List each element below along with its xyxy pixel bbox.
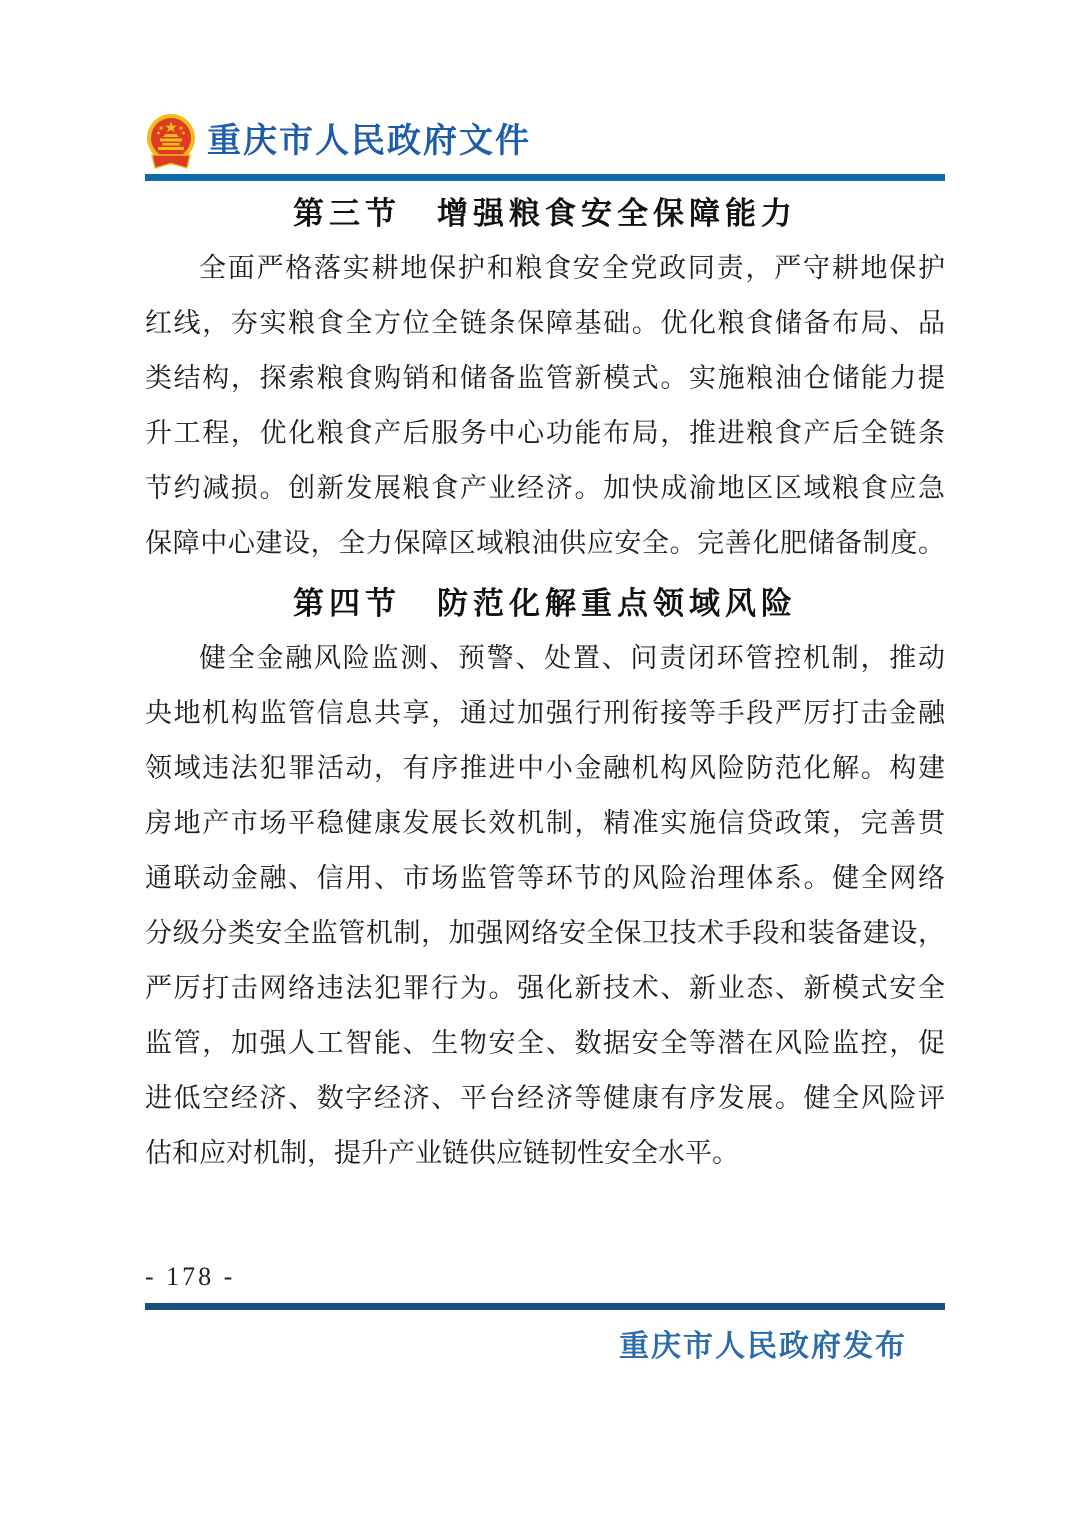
section-4-heading: 第四节 防范化解重点领域风险 bbox=[145, 583, 945, 625]
text-line: 类结构，探索粮食购销和储备监管新模式。实施粮油仓储能力提 bbox=[145, 351, 945, 406]
section-4-paragraph: 健全金融风险监测、预警、处置、问责闭环管控机制，推动央地机构监管信息共享，通过加… bbox=[145, 631, 945, 1181]
footer-rule bbox=[145, 1303, 945, 1310]
document-header: 重庆市人民政府文件 bbox=[145, 113, 945, 171]
text-line: 估和应对机制，提升产业链供应链韧性安全水平。 bbox=[145, 1126, 945, 1181]
text-line: 央地机构监管信息共享，通过加强行刑衔接等手段严厉打击金融 bbox=[145, 686, 945, 741]
publisher-label: 重庆市人民政府发布 bbox=[145, 1328, 945, 1366]
document-title: 重庆市人民政府文件 bbox=[207, 113, 531, 171]
text-line: 领域违法犯罪活动，有序推进中小金融机构风险防范化解。构建 bbox=[145, 741, 945, 796]
header-rule bbox=[145, 174, 945, 181]
text-line: 保障中心建设，全力保障区域粮油供应安全。完善化肥储备制度。 bbox=[145, 516, 945, 571]
text-line: 严厉打击网络违法犯罪行为。强化新技术、新业态、新模式安全 bbox=[145, 961, 945, 1016]
text-line: 监管，加强人工智能、生物安全、数据安全等潜在风险监控，促 bbox=[145, 1016, 945, 1071]
text-line: 节约减损。创新发展粮食产业经济。加快成渝地区区域粮食应急 bbox=[145, 461, 945, 516]
text-line: 升工程，优化粮食产后服务中心功能布局，推进粮食产后全链条 bbox=[145, 406, 945, 461]
section-3-paragraph: 全面严格落实耕地保护和粮食安全党政同责，严守耕地保护红线，夯实粮食全方位全链条保… bbox=[145, 241, 945, 571]
text-line: 健全金融风险监测、预警、处置、问责闭环管控机制，推动 bbox=[145, 631, 945, 686]
national-emblem-icon bbox=[145, 113, 197, 171]
text-line: 进低空经济、数字经济、平台经济等健康有序发展。健全风险评 bbox=[145, 1071, 945, 1126]
document-page: 重庆市人民政府文件 第三节 增强粮食安全保障能力 全面严格落实耕地保护和粮食安全… bbox=[0, 0, 1074, 1520]
document-body: 第三节 增强粮食安全保障能力 全面严格落实耕地保护和粮食安全党政同责，严守耕地保… bbox=[145, 193, 945, 1181]
text-line: 通联动金融、信用、市场监管等环节的风险治理体系。健全网络 bbox=[145, 851, 945, 906]
text-line: 房地产市场平稳健康发展长效机制，精准实施信贷政策，完善贯 bbox=[145, 796, 945, 851]
text-line: 红线，夯实粮食全方位全链条保障基础。优化粮食储备布局、品 bbox=[145, 296, 945, 351]
section-3-heading: 第三节 增强粮食安全保障能力 bbox=[145, 193, 945, 235]
text-line: 分级分类安全监管机制，加强网络安全保卫技术手段和装备建设， bbox=[145, 906, 945, 961]
page-number: - 178 - bbox=[145, 1259, 945, 1295]
text-line: 全面严格落实耕地保护和粮食安全党政同责，严守耕地保护 bbox=[145, 241, 945, 296]
